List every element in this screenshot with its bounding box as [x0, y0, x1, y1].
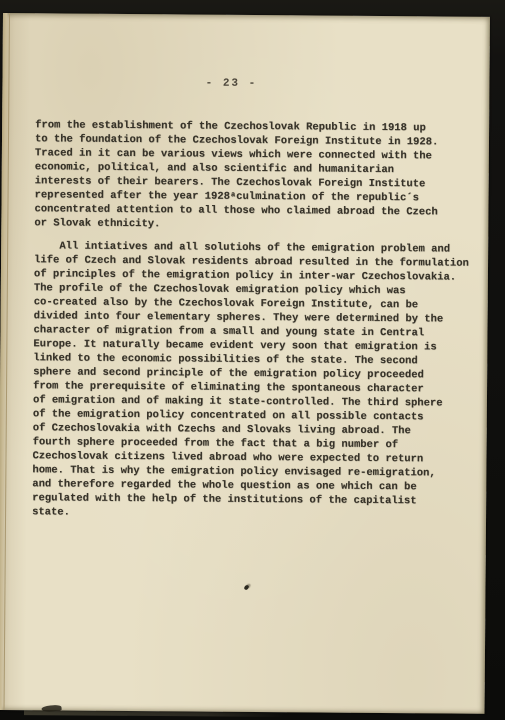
paragraph-2: All intiatives and all solutiohs of the … — [32, 239, 486, 523]
scanned-book-photo: - 23 - from the establishment of the Cze… — [0, 0, 505, 720]
ink-speck — [244, 584, 250, 590]
book-page: - 23 - from the establishment of the Cze… — [0, 13, 490, 714]
paragraph-1: from the establishment of the Czechoslov… — [34, 118, 487, 234]
page-number: - 23 - — [2, 76, 460, 92]
page-body-text: from the establishment of the Czechoslov… — [32, 118, 487, 523]
